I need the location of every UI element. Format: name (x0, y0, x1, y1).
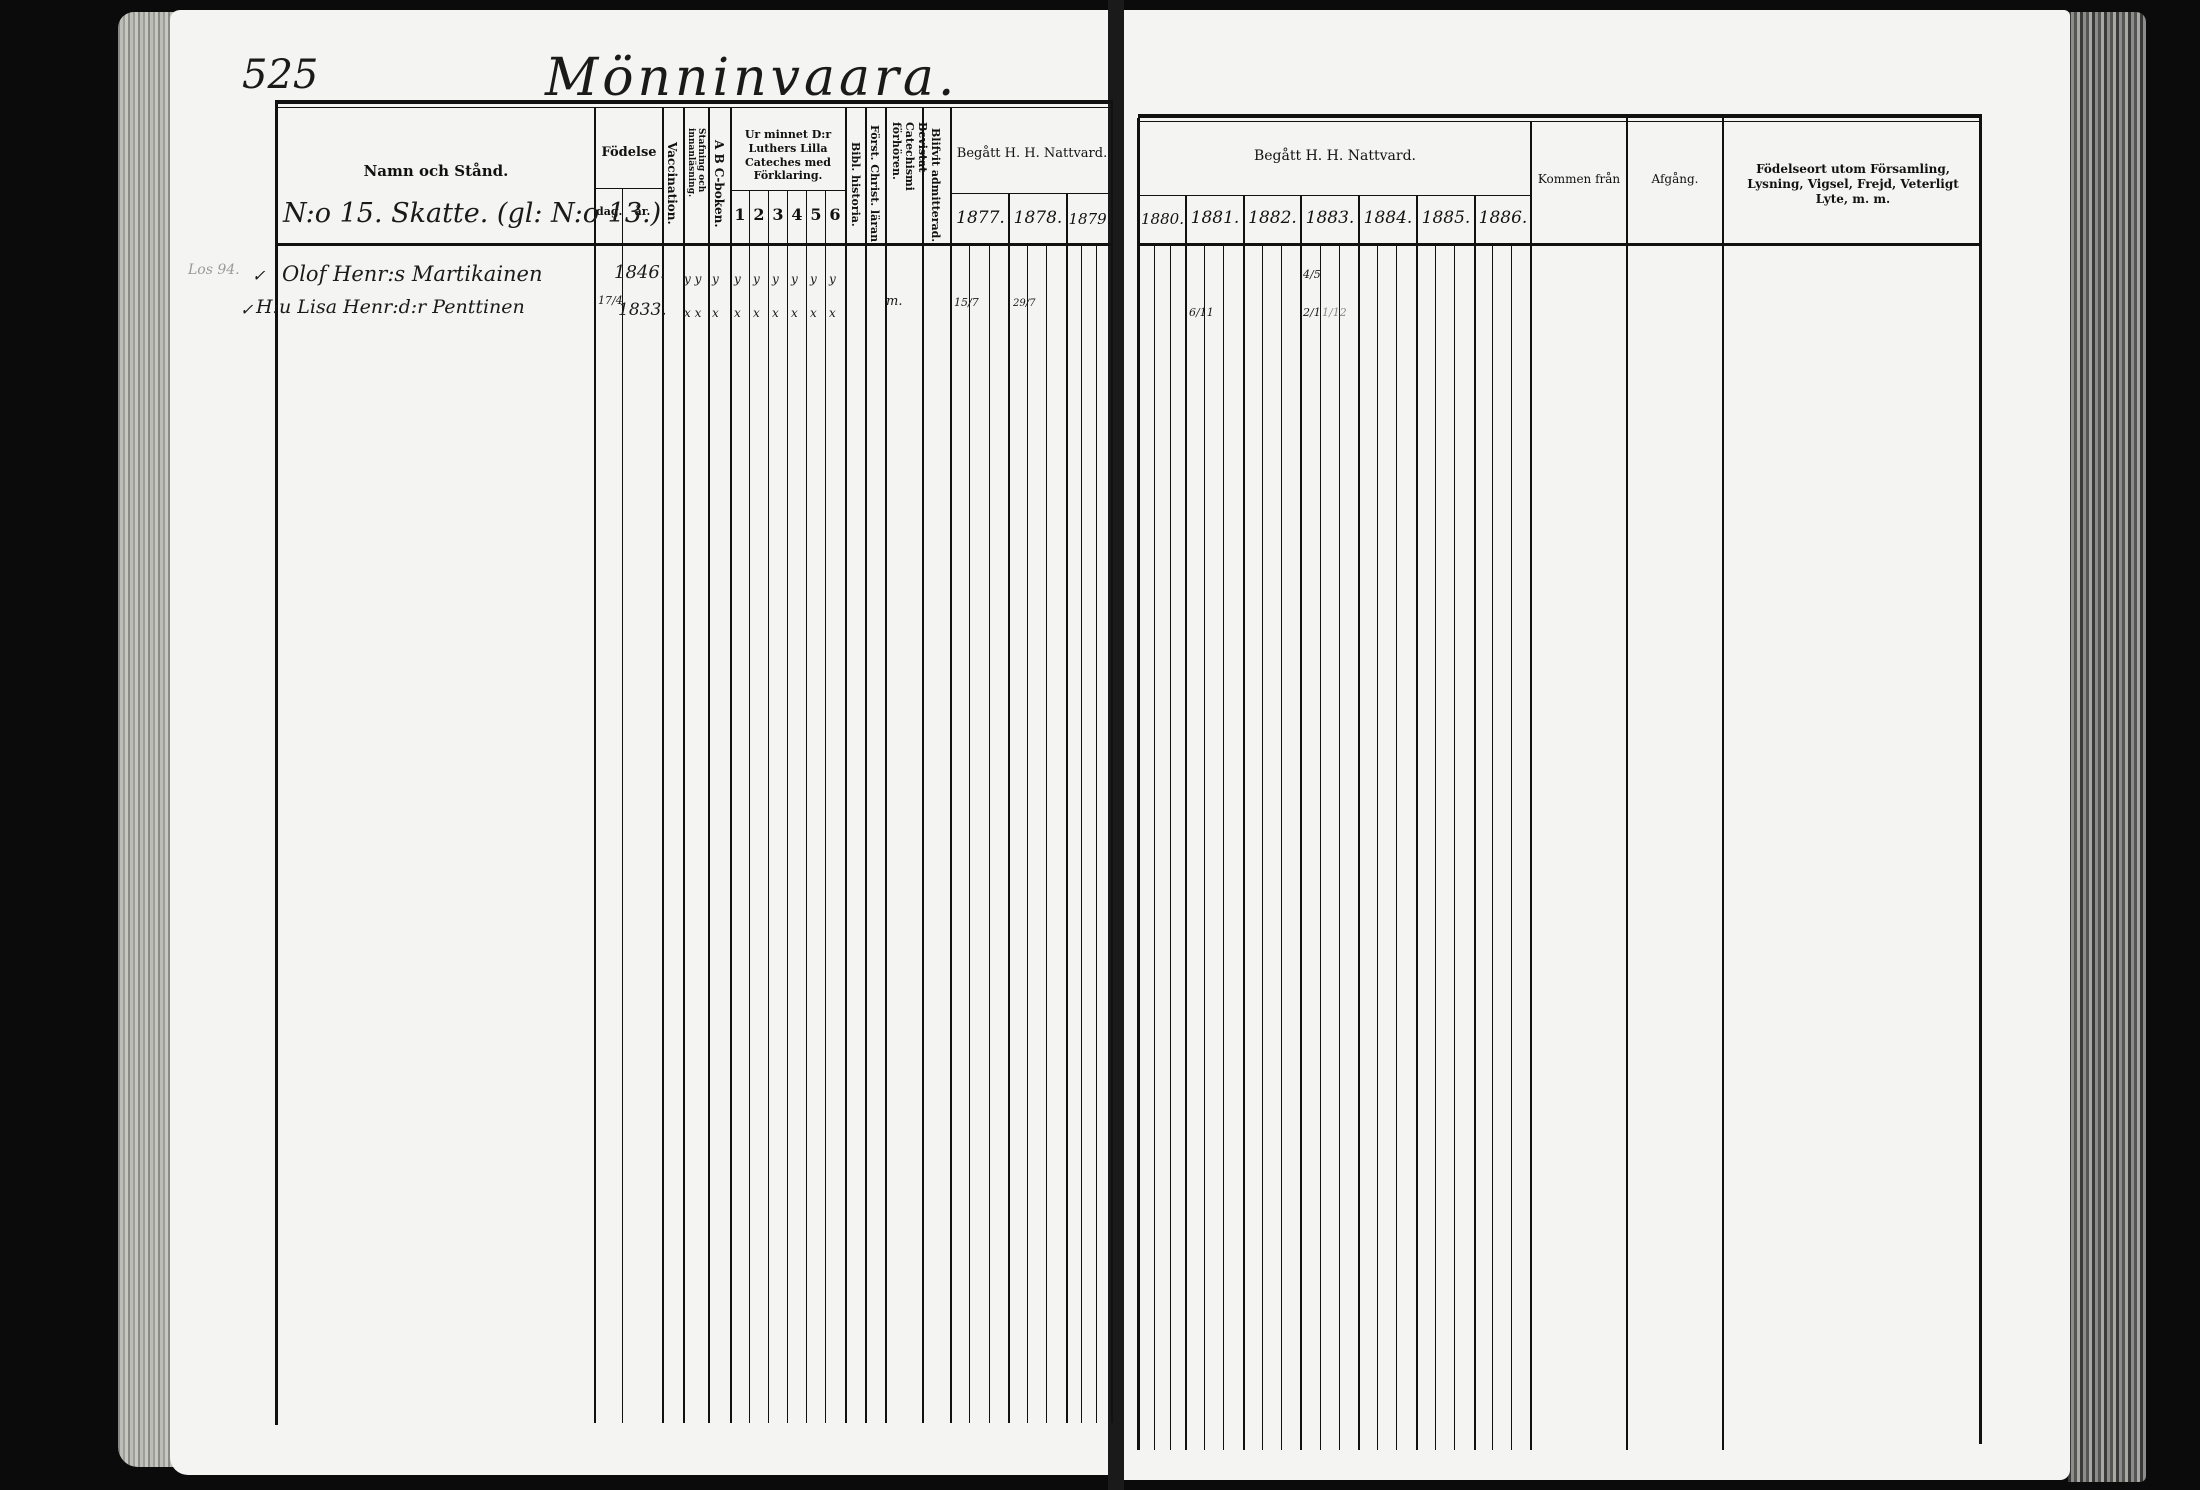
household-header: N:o 15. Skatte. (gl: N:o 13.) (283, 198, 661, 229)
year-1884: 1884. (1360, 208, 1416, 228)
page-number: 525 (242, 52, 318, 98)
header-name: Namn och Stånd. (280, 162, 592, 181)
header-communion-right: Begått H. H. Nattvard. (1140, 148, 1530, 166)
header-luther: Ur minnet D:r Luthers Lilla Cateches med… (732, 128, 844, 183)
communion-1883b-row2: 1/12 (1322, 306, 1347, 319)
communion-1883-row2: 2/1 (1303, 306, 1321, 319)
year-1886: 1886. (1476, 208, 1530, 228)
year-1879: 1879. (1068, 210, 1112, 228)
catechism-exam-mark: m. (886, 294, 902, 309)
header-abc: A B C-boken. (712, 140, 726, 228)
left-page (170, 10, 1115, 1475)
year-1883: 1883. (1302, 208, 1358, 228)
header-departure: Afgång. (1628, 172, 1722, 187)
year-1878: 1878. (1010, 208, 1066, 228)
header-came-from: Kommen från (1532, 172, 1626, 187)
year-1882: 1882. (1245, 208, 1300, 228)
header-christian-doctrine: Först. Christ. läran. (868, 125, 881, 246)
check-mark: ✓ (252, 266, 265, 285)
year-1881: 1881. (1187, 208, 1243, 228)
communion-1877: 15/7 (954, 296, 979, 309)
communion-1881-row2: 6/11 (1189, 306, 1214, 319)
header-catechism-exams: Bevistat Catechismi förhören. (890, 122, 929, 244)
margin-note: Los 94. (188, 262, 240, 278)
birth-year: 1846. (614, 262, 666, 283)
place-title: Mönninvaara. (545, 48, 958, 108)
right-page (1122, 10, 2070, 1480)
header-spelling: Stafning och innanläsning. (686, 128, 706, 238)
header-communion-left: Begått H. H. Nattvard. (952, 146, 1112, 162)
birth-year: 1833. (618, 300, 667, 320)
header-remarks: Födelseort utom Församling, Lysning, Vig… (1735, 162, 1971, 207)
header-bible-history: Bibl. historia. (849, 142, 862, 227)
communion-1878: 29/7 (1013, 298, 1035, 309)
book-edge-left (118, 12, 174, 1467)
check-mark: ✓ (240, 300, 253, 319)
book-edge-right (2068, 12, 2146, 1482)
person-name: Olof Henr:s Martikainen (282, 262, 543, 286)
year-1880: 1880. (1140, 210, 1185, 228)
year-1885: 1885. (1418, 208, 1474, 228)
communion-1883-row1: 4/5 (1303, 268, 1321, 281)
year-1877: 1877. (953, 208, 1008, 228)
header-admitted: Blifvit admitterad. (929, 128, 942, 242)
person-name: H:u Lisa Henr:d:r Penttinen (256, 296, 525, 318)
header-birth: Födelse (596, 145, 662, 161)
header-vaccination: Vaccination. (665, 142, 679, 225)
